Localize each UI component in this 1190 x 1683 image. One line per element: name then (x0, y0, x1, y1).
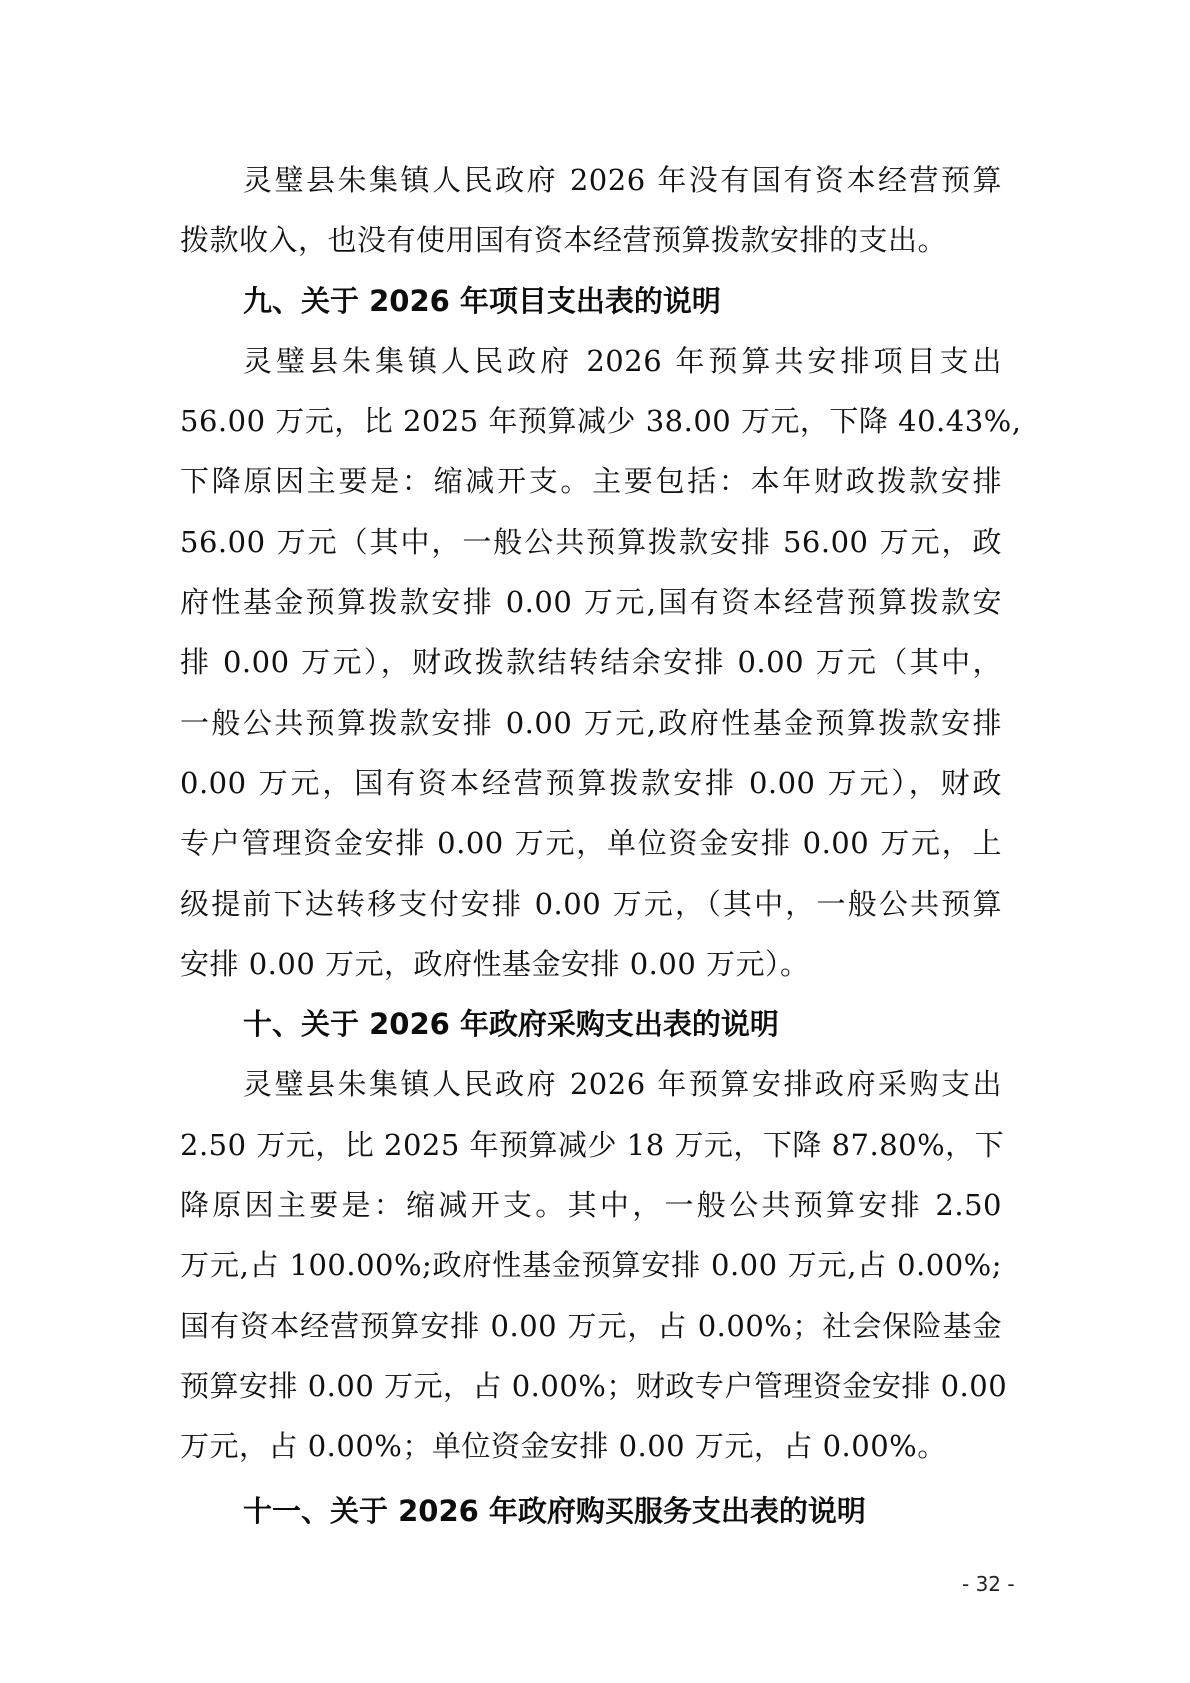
paragraph-line: 国有资本经营预算安排 0.00 万元，占 0.00%；社会保险基金 (180, 1296, 1002, 1356)
section-heading-project-expenditure: 九、关于 2026 年项目支出表的说明 (180, 271, 1002, 331)
section-heading-government-service-purchase: 十一、关于 2026 年政府购买服务支出表的说明 (180, 1481, 1002, 1541)
paragraph-line: 拨款收入，也没有使用国有资本经营预算拨款安排的支出。 (180, 210, 1002, 270)
paragraph-line: 灵璧县朱集镇人民政府 2026 年预算安排政府采购支出 (180, 1054, 1002, 1114)
paragraph-line: 灵璧县朱集镇人民政府 2026 年预算共安排项目支出 (180, 331, 1002, 391)
paragraph-state-capital-budget: 灵璧县朱集镇人民政府 2026 年没有国有资本经营预算 拨款收入，也没有使用国有… (180, 150, 1002, 271)
section-heading-government-procurement: 十、关于 2026 年政府采购支出表的说明 (180, 994, 1002, 1054)
paragraph-line: 排 0.00 万元），财政拨款结转结余安排 0.00 万元（其中， (180, 632, 1002, 692)
paragraph-government-procurement: 灵璧县朱集镇人民政府 2026 年预算安排政府采购支出 2.50 万元，比 20… (180, 1054, 1002, 1476)
document-page: 灵璧县朱集镇人民政府 2026 年没有国有资本经营预算 拨款收入，也没有使用国有… (0, 0, 1190, 1683)
page-content: 灵璧县朱集镇人民政府 2026 年没有国有资本经营预算 拨款收入，也没有使用国有… (180, 150, 1002, 1541)
paragraph-line: 灵璧县朱集镇人民政府 2026 年没有国有资本经营预算 (180, 150, 1002, 210)
paragraph-line: 级提前下达转移支付安排 0.00 万元，（其中，一般公共预算 (180, 874, 1002, 934)
paragraph-line: 56.00 万元，比 2025 年预算减少 38.00 万元，下降 40.43%… (180, 391, 1002, 451)
paragraph-line: 降原因主要是：缩减开支。其中，一般公共预算安排 2.50 (180, 1175, 1002, 1235)
page-number: - 32 - (962, 1572, 1015, 1596)
paragraph-line: 一般公共预算拨款安排 0.00 万元,政府性基金预算拨款安排 (180, 693, 1002, 753)
paragraph-line: 预算安排 0.00 万元，占 0.00%；财政专户管理资金安排 0.00 (180, 1356, 1002, 1416)
paragraph-line: 万元，占 0.00%；单位资金安排 0.00 万元，占 0.00%。 (180, 1416, 1002, 1476)
paragraph-line: 万元,占 100.00%;政府性基金预算安排 0.00 万元,占 0.00%; (180, 1235, 1002, 1295)
paragraph-line: 安排 0.00 万元，政府性基金安排 0.00 万元）。 (180, 934, 1002, 994)
paragraph-line: 0.00 万元，国有资本经营预算拨款安排 0.00 万元），财政 (180, 753, 1002, 813)
paragraph-project-expenditure: 灵璧县朱集镇人民政府 2026 年预算共安排项目支出 56.00 万元，比 20… (180, 331, 1002, 994)
paragraph-line: 府性基金预算拨款安排 0.00 万元,国有资本经营预算拨款安 (180, 572, 1002, 632)
paragraph-line: 下降原因主要是：缩减开支。主要包括：本年财政拨款安排 (180, 451, 1002, 511)
paragraph-line: 2.50 万元，比 2025 年预算减少 18 万元，下降 87.80%，下 (180, 1115, 1002, 1175)
paragraph-line: 专户管理资金安排 0.00 万元，单位资金安排 0.00 万元，上 (180, 813, 1002, 873)
paragraph-line: 56.00 万元（其中，一般公共预算拨款安排 56.00 万元，政 (180, 512, 1002, 572)
